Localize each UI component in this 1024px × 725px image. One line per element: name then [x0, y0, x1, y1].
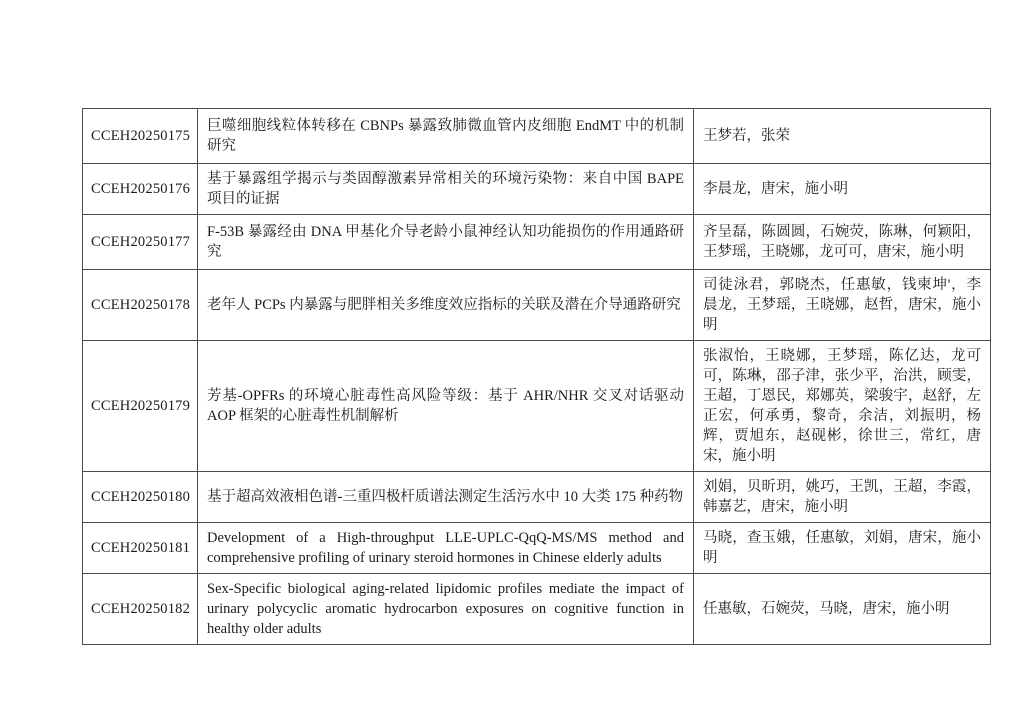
- project-authors-cell: 王梦若，张荣: [694, 109, 991, 164]
- project-authors-cell: 齐呈磊，陈圆圆，石婉荧，陈琳，何颖阳，王梦瑶，王晓娜，龙可可，唐宋，施小明: [694, 215, 991, 270]
- project-authors-cell: 刘娟，贝昕玥，姚巧，王凯，王超，李霞，韩嘉艺，唐宋，施小明: [694, 472, 991, 523]
- table-row: CCEH20250181 Development of a High-throu…: [83, 523, 991, 574]
- project-id-cell: CCEH20250177: [83, 215, 198, 270]
- project-authors-cell: 任惠敏，石婉荧，马晓，唐宋，施小明: [694, 574, 991, 645]
- project-id-cell: CCEH20250179: [83, 341, 198, 472]
- table-body: CCEH20250175 巨噬细胞线粒体转移在 CBNPs 暴露致肺微血管内皮细…: [83, 109, 991, 645]
- project-title-cell: 巨噬细胞线粒体转移在 CBNPs 暴露致肺微血管内皮细胞 EndMT 中的机制研…: [198, 109, 694, 164]
- project-title-cell: 基于超高效液相色谱-三重四极杆质谱法测定生活污水中 10 大类 175 种药物: [198, 472, 694, 523]
- project-title-cell: 基于暴露组学揭示与类固醇激素异常相关的环境污染物：来自中国 BAPE 项目的证据: [198, 164, 694, 215]
- project-authors-cell: 李晨龙，唐宋，施小明: [694, 164, 991, 215]
- project-id-cell: CCEH20250182: [83, 574, 198, 645]
- project-title-cell: 芳基-OPFRs 的环境心脏毒性高风险等级：基于 AHR/NHR 交叉对话驱动 …: [198, 341, 694, 472]
- project-title-cell: F-53B 暴露经由 DNA 甲基化介导老龄小鼠神经认知功能损伤的作用通路研究: [198, 215, 694, 270]
- project-id-cell: CCEH20250180: [83, 472, 198, 523]
- project-list-table: CCEH20250175 巨噬细胞线粒体转移在 CBNPs 暴露致肺微血管内皮细…: [82, 108, 991, 645]
- project-authors-cell: 司徒泳君，郭晓杰，任惠敏，钱柬坤'，李晨龙，王梦瑶，王晓娜，赵哲，唐宋，施小明: [694, 270, 991, 341]
- project-authors-cell: 张淑怡，王晓娜，王梦瑶，陈亿达，龙可可，陈琳，邵子津，张少平，治洪，顾雯，王超，…: [694, 341, 991, 472]
- table-row: CCEH20250179 芳基-OPFRs 的环境心脏毒性高风险等级：基于 AH…: [83, 341, 991, 472]
- table-row: CCEH20250182 Sex-Specific biological agi…: [83, 574, 991, 645]
- project-authors-cell: 马晓，查玉娥，任惠敏，刘娟，唐宋，施小明: [694, 523, 991, 574]
- project-id-cell: CCEH20250181: [83, 523, 198, 574]
- project-title-cell: 老年人 PCPs 内暴露与肥胖相关多维度效应指标的关联及潜在介导通路研究: [198, 270, 694, 341]
- project-id-cell: CCEH20250176: [83, 164, 198, 215]
- project-id-cell: CCEH20250175: [83, 109, 198, 164]
- project-id-cell: CCEH20250178: [83, 270, 198, 341]
- table-row: CCEH20250176 基于暴露组学揭示与类固醇激素异常相关的环境污染物：来自…: [83, 164, 991, 215]
- table-row: CCEH20250178 老年人 PCPs 内暴露与肥胖相关多维度效应指标的关联…: [83, 270, 991, 341]
- project-title-cell: Development of a High-throughput LLE-UPL…: [198, 523, 694, 574]
- table-row: CCEH20250175 巨噬细胞线粒体转移在 CBNPs 暴露致肺微血管内皮细…: [83, 109, 991, 164]
- project-title-cell: Sex-Specific biological aging-related li…: [198, 574, 694, 645]
- table-row: CCEH20250177 F-53B 暴露经由 DNA 甲基化介导老龄小鼠神经认…: [83, 215, 991, 270]
- table-row: CCEH20250180 基于超高效液相色谱-三重四极杆质谱法测定生活污水中 1…: [83, 472, 991, 523]
